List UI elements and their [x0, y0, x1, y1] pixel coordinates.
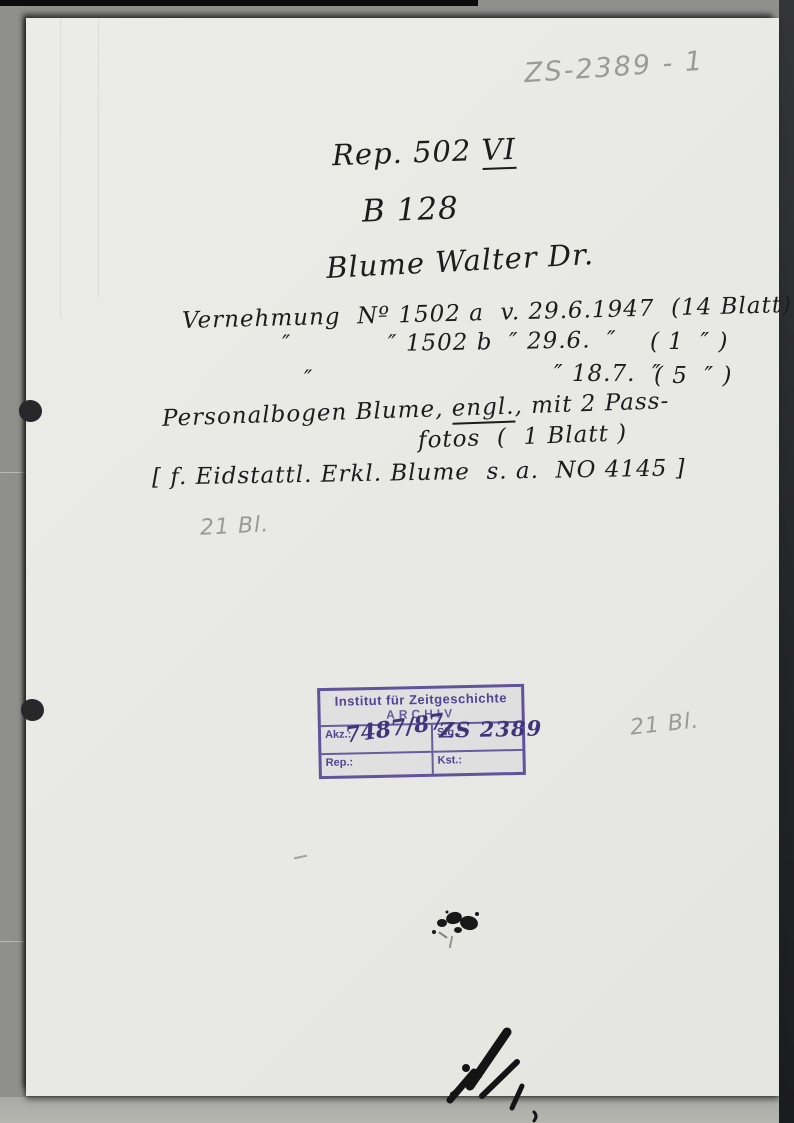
entry-vernehmung-1: Vernehmung Nº 1502 a v. 29.6.1947 (14 Bl… — [182, 292, 793, 334]
scan-scratch — [0, 472, 26, 473]
punch-hole-top — [19, 400, 42, 422]
entry-vernehmung-2-sheets: ( 1 ″ ) — [650, 329, 728, 355]
entry-vernehmung-3-sheets: ( 5 ″ ) — [654, 363, 732, 389]
heading-rep-line: Rep. 502 VI — [331, 132, 516, 172]
entry-vernehmung-3: ″ 18.7. ″ — [554, 361, 662, 387]
stamp-sig-handwritten-value: ZS 2389 — [439, 715, 543, 742]
rep-roman-numeral: VI — [481, 132, 517, 170]
entry-vernehmung-3-ditto: ″ — [304, 367, 313, 392]
stamp-row-2: Rep.: Kst.: — [321, 751, 522, 776]
pencil-sheet-count-right: 21 Bl. — [629, 708, 700, 740]
heading-b-line: B 128 — [361, 190, 459, 229]
personalbogen-engl-underlined: engl. — [451, 394, 515, 425]
scanned-archive-document: { "pencil": { "top_note": "ZS-2389 - 1",… — [0, 0, 794, 1123]
heading-name-line: Blume Walter Dr. — [325, 237, 594, 285]
pencil-sheet-count-left: 21 Bl. — [199, 512, 269, 541]
scan-edge-top — [0, 0, 478, 6]
ink-blot — [414, 890, 494, 952]
scan-edge-bottom — [0, 1097, 779, 1123]
paper-fold-line — [98, 18, 99, 298]
personalbogen-text2: , mit 2 Pass- — [514, 388, 670, 419]
entry-vernehmung-2-ditto: ″ — [282, 332, 291, 357]
archive-stamp: Institut für Zeitgeschichte ARCHIV Akz.:… — [317, 684, 526, 779]
scan-edge-right — [779, 0, 794, 1123]
stamp-rep-label: Rep.: — [321, 753, 431, 776]
paper-fold-line — [60, 18, 61, 318]
punch-hole-bottom — [21, 699, 44, 721]
scan-scratch — [0, 941, 26, 942]
entry-personalbogen-line2: fotos ( 1 Blatt ) — [418, 420, 628, 453]
pencil-shelfmark: ZS-2389 - 1 — [523, 46, 705, 89]
entry-vernehmung-2: ″ 1502 b ″ 29.6. ″ — [388, 327, 617, 357]
stamp-kst-label: Kst.: — [431, 751, 522, 774]
pencil-dash-mark — [294, 855, 307, 860]
personalbogen-text: Personalbogen Blume, — [162, 396, 452, 432]
rep-number: Rep. 502 — [331, 133, 482, 172]
document-page: ZS-2389 - 1 Rep. 502 VI B 128 Blume Walt… — [26, 18, 779, 1096]
cross-reference-note: [ f. Eidstattl. Erkl. Blume s. a. NO 414… — [152, 455, 686, 490]
ink-squiggle — [422, 1024, 552, 1123]
